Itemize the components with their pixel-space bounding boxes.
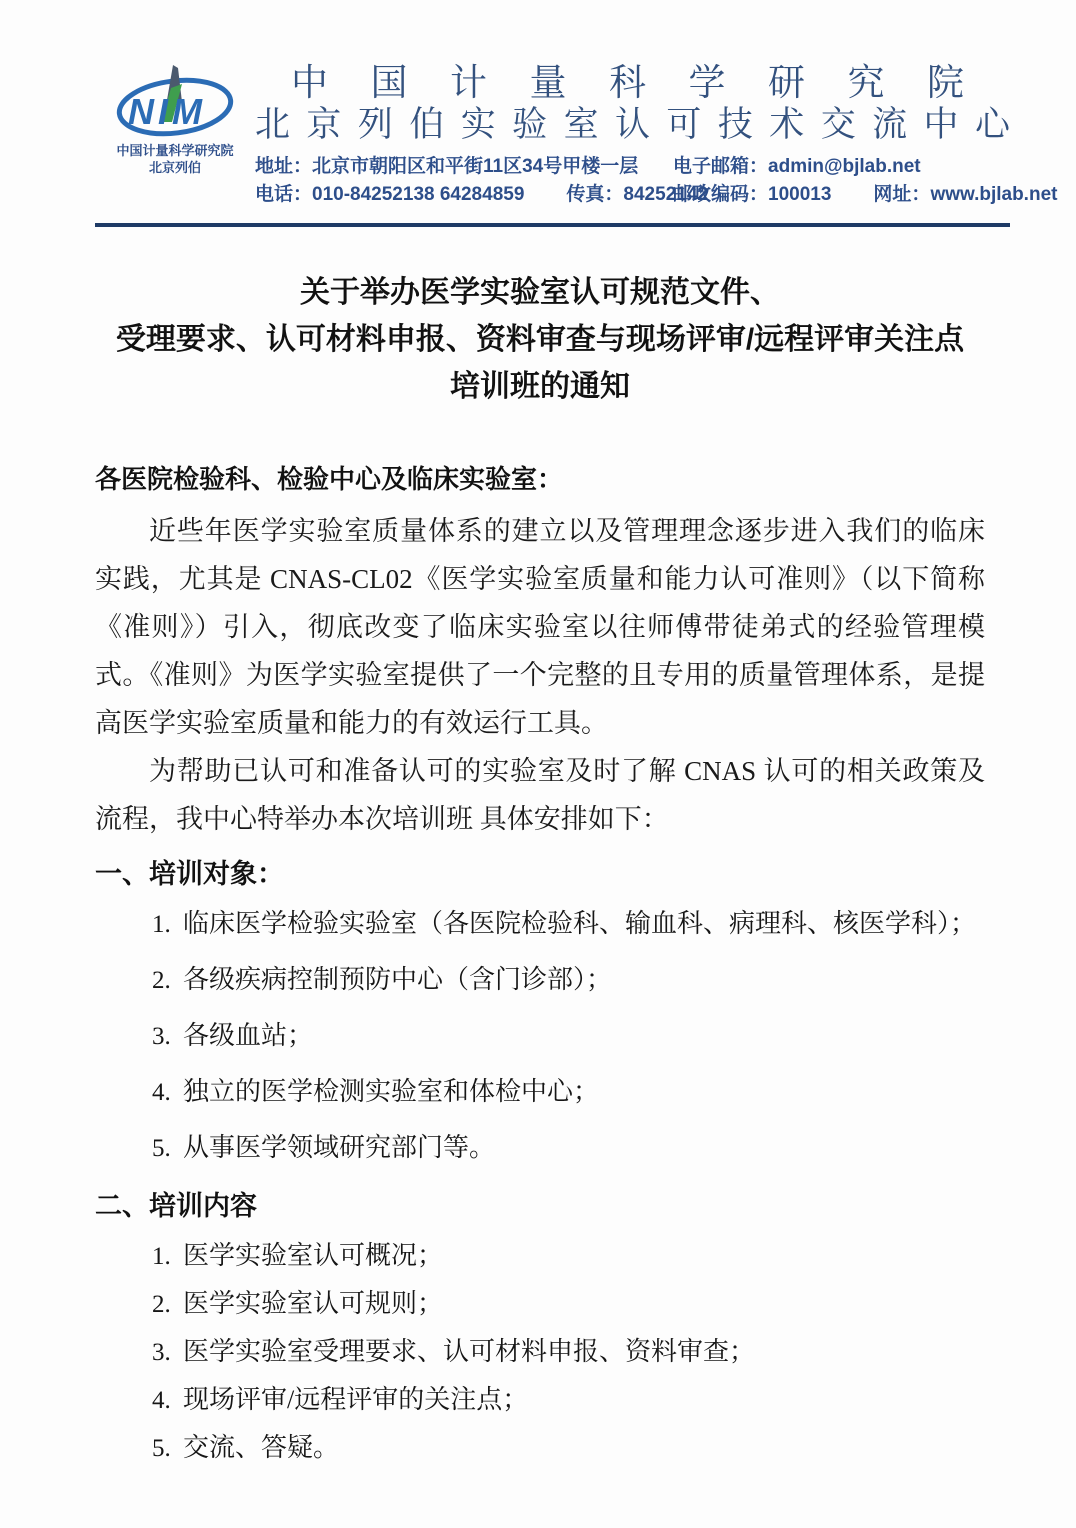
item-text: 医学实验室认可概况； — [183, 1241, 443, 1270]
letterhead-right: 中国计量科学研究院 北京列伯实验室认可技术交流中心 地址：北京市朝阳区和平街11… — [255, 62, 1010, 209]
item-text: 各级疾病控制预防中心（含门诊部）； — [183, 965, 612, 994]
notice-title: 关于举办医学实验室认可规范文件、 受理要求、认可材料申报、资料审查与现场评审/远… — [95, 269, 985, 410]
fax-label: 传真： — [566, 184, 623, 205]
list-item: 1.医学实验室认可概况； — [152, 1241, 985, 1272]
address-row: 地址：北京市朝阳区和平街11区34号甲楼一层 — [255, 153, 673, 181]
item-text: 独立的医学检测实验室和体检中心； — [183, 1077, 599, 1106]
item-text: 医学实验室认可规则； — [183, 1289, 443, 1318]
item-number: 5. — [152, 1434, 183, 1464]
phone-fax-row: 电话：010-84252138 64284859传真：84252142 — [255, 181, 673, 209]
section-heading-content: 二、培训内容 — [95, 1189, 985, 1223]
phone-label: 电话： — [255, 184, 312, 205]
email-row: 电子邮箱：admin@bjlab.net — [673, 153, 1057, 181]
list-item: 5.交流、答疑。 — [152, 1433, 985, 1464]
list-item: 2.医学实验室认可规则； — [152, 1289, 985, 1320]
salutation: 各医院检验科、检验中心及临床实验室： — [95, 463, 985, 495]
list-item: 5.从事医学领域研究部门等。 — [152, 1133, 985, 1164]
item-number: 5. — [152, 1134, 183, 1164]
list-item: 3.医学实验室受理要求、认可材料申报、资料审查； — [152, 1337, 985, 1368]
org-name-line1: 中国计量科学研究院 — [291, 62, 964, 104]
item-text: 从事医学领域研究部门等。 — [183, 1133, 495, 1162]
item-text: 现场评审/远程评审的关注点； — [183, 1385, 528, 1414]
email-value: admin@bjlab.net — [768, 156, 921, 177]
item-number: 1. — [152, 1242, 183, 1272]
item-number: 2. — [152, 1290, 183, 1320]
list-item: 3.各级血站； — [152, 1021, 985, 1052]
item-number: 4. — [152, 1386, 183, 1416]
website-label: 网址： — [873, 184, 930, 205]
email-label: 电子邮箱： — [673, 156, 768, 177]
list-item: 1.临床医学检验实验室（各医院检验科、输血科、病理科、核医学科）； — [152, 909, 985, 940]
phone-value: 010-84252138 64284859 — [312, 184, 524, 205]
contact-right-column: 电子邮箱：admin@bjlab.net 邮政编码：100013网址：www.b… — [673, 153, 1057, 209]
item-text: 医学实验室受理要求、认可材料申报、资料审查； — [183, 1337, 755, 1366]
contact-info: 地址：北京市朝阳区和平街11区34号甲楼一层 电话：010-84252138 6… — [255, 153, 1010, 209]
org-logo-block: NIM 中国计量科学研究院 北京列伯 — [95, 62, 255, 209]
item-text: 交流、答疑。 — [183, 1433, 339, 1462]
postcode-label: 邮政编码： — [673, 184, 768, 205]
logo-caption-line1: 中国计量科学研究院 — [95, 142, 255, 159]
postcode-website-row: 邮政编码：100013网址：www.bjlab.net — [673, 181, 1057, 209]
content-list: 1.医学实验室认可概况； 2.医学实验室认可规则； 3.医学实验室受理要求、认可… — [95, 1241, 985, 1464]
intro-paragraph-2: 为帮助已认可和准备认可的实验室及时了解 CNAS 认可的相关政策及流程，我中心特… — [95, 747, 985, 843]
notice-body: 关于举办医学实验室认可规范文件、 受理要求、认可材料申报、资料审查与现场评审/远… — [95, 269, 985, 1464]
section-heading-trainees: 一、培训对象： — [95, 857, 985, 891]
address-value: 北京市朝阳区和平街11区34号甲楼一层 — [312, 156, 638, 177]
document-page: NIM 中国计量科学研究院 北京列伯 中国计量科学研究院 北京列伯实验室认可技术… — [0, 0, 1076, 1464]
logo-caption-line2: 北京列伯 — [95, 159, 255, 176]
letterhead: NIM 中国计量科学研究院 北京列伯 中国计量科学研究院 北京列伯实验室认可技术… — [95, 0, 1010, 227]
list-item: 4.现场评审/远程评审的关注点； — [152, 1385, 985, 1416]
item-number: 1. — [152, 910, 183, 940]
contact-left-column: 地址：北京市朝阳区和平街11区34号甲楼一层 电话：010-84252138 6… — [255, 153, 673, 209]
item-number: 4. — [152, 1078, 183, 1108]
item-text: 临床医学检验实验室（各医院检验科、输血科、病理科、核医学科）； — [183, 909, 976, 938]
trainee-list: 1.临床医学检验实验室（各医院检验科、输血科、病理科、核医学科）； 2.各级疾病… — [95, 909, 985, 1164]
org-name-line2: 北京列伯实验室认可技术交流中心 — [255, 104, 1010, 146]
list-item: 2.各级疾病控制预防中心（含门诊部）； — [152, 965, 985, 996]
intro-paragraph-1: 近些年医学实验室质量体系的建立以及管理理念逐步进入我们的临床实践，尤其是 CNA… — [95, 507, 985, 747]
item-number: 2. — [152, 966, 183, 996]
item-number: 3. — [152, 1022, 183, 1052]
logo-text: NIM — [128, 91, 206, 132]
website-value: www.bjlab.net — [930, 184, 1057, 205]
title-line-1: 关于举办医学实验室认可规范文件、 — [95, 269, 985, 316]
item-text: 各级血站； — [183, 1021, 313, 1050]
nim-logo-icon: NIM — [114, 62, 236, 142]
title-line-3: 培训班的通知 — [95, 363, 985, 410]
title-line-2: 受理要求、认可材料申报、资料审查与现场评审/远程评审关注点 — [95, 316, 985, 363]
address-label: 地址： — [255, 156, 312, 177]
postcode-value: 100013 — [768, 184, 831, 205]
list-item: 4.独立的医学检测实验室和体检中心； — [152, 1077, 985, 1108]
item-number: 3. — [152, 1338, 183, 1368]
